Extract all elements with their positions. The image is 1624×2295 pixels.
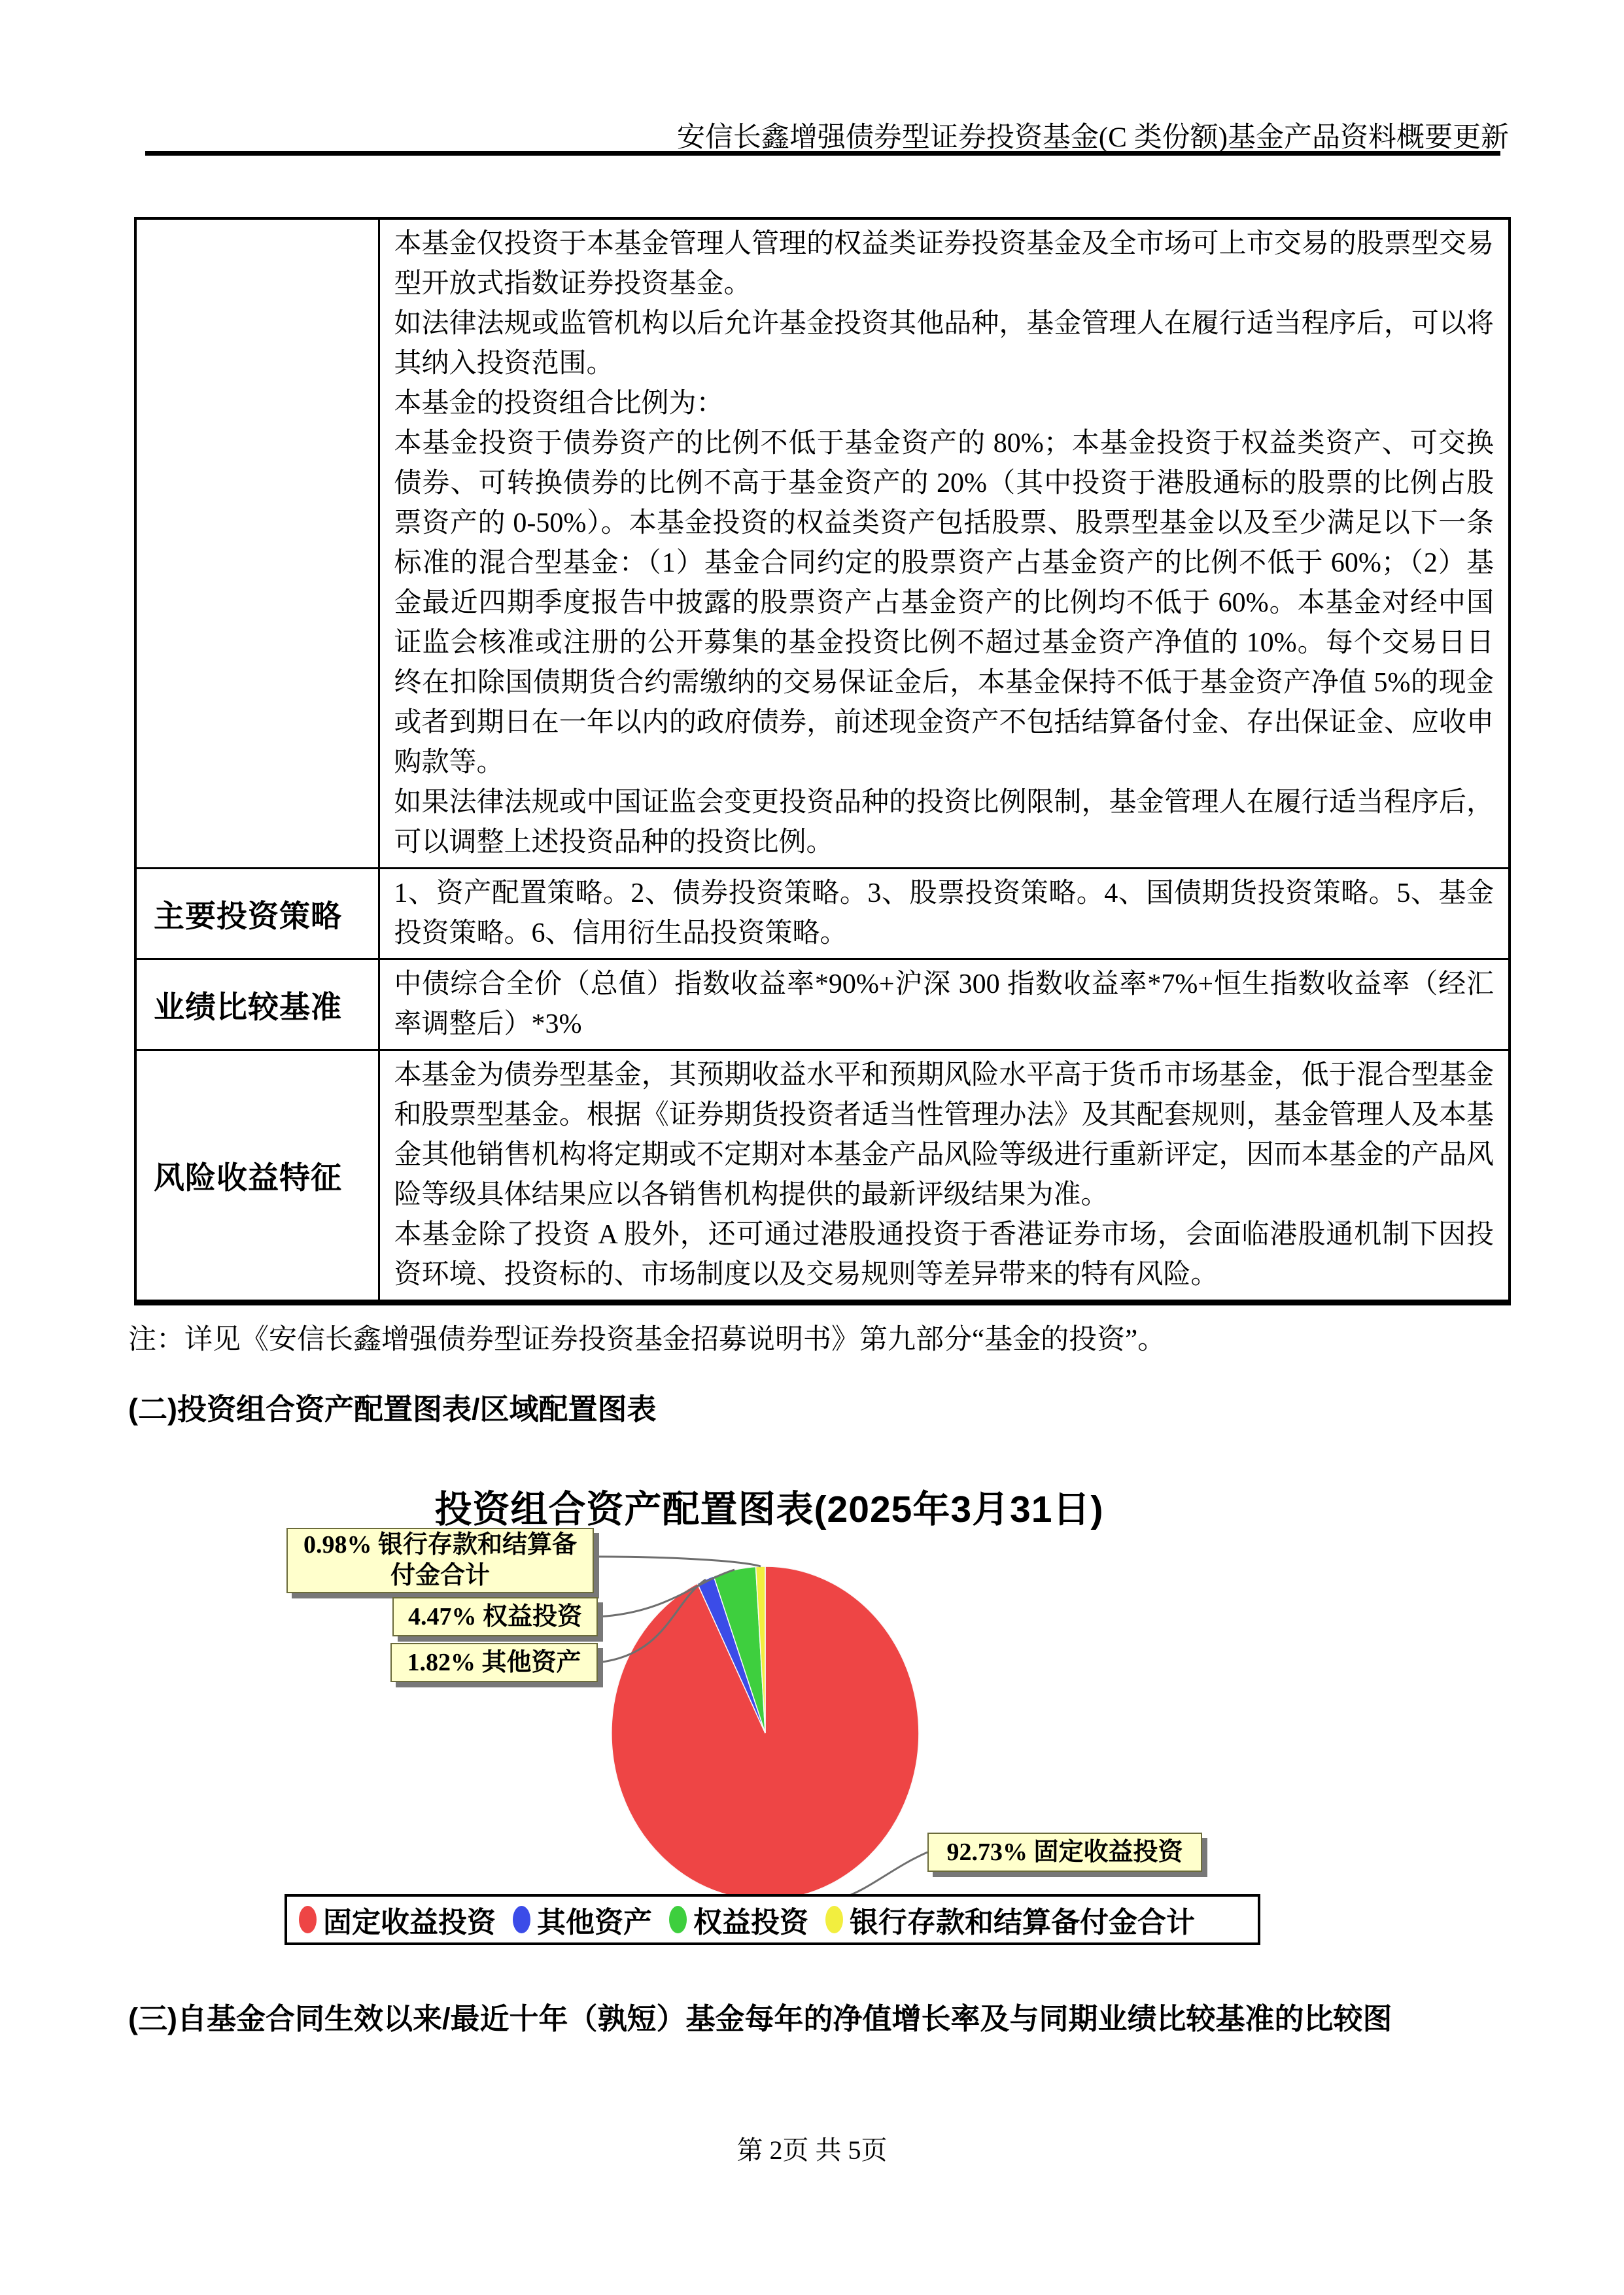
callout-leader-line-0 xyxy=(594,1557,761,1566)
paragraph: 如法律法规或监管机构以后允许基金投资其他品种，基金管理人在履行适当程序后，可以将… xyxy=(394,304,1494,384)
paragraph: 1、资产配置策略。2、债券投资策略。3、股票投资策略。4、国债期货投资策略。5、… xyxy=(394,874,1494,954)
page-number: 第 2页 共 5页 xyxy=(0,2130,1624,2167)
page-header-title: 安信长鑫增强债券型证券投资基金(C 类份额)基金产品资料概要更新 xyxy=(677,115,1509,155)
section-title-2: (二)投资组合资产配置图表/区域配置图表 xyxy=(128,1385,1580,1428)
chart-legend: 固定收益投资其他资产权益投资银行存款和结算备付金合计 xyxy=(285,1894,1260,1945)
table-row-benchmark: 业绩比较基准 中债综合全价（总值）指数收益率*90%+沪深 300 指数收益率*… xyxy=(135,959,1510,1050)
legend-item-1: 其他资产 xyxy=(513,1899,652,1941)
section-title-3: (三)自基金合同生效以来/最近十年（孰短）基金每年的净值增长率及与同期业绩比较基… xyxy=(128,1995,1580,2037)
table-footnote: 注：详见《安信长鑫增强债券型证券投资基金招募说明书》第九部分“基金的投资”。 xyxy=(128,1317,1534,1357)
paragraph: 如果法律法规或中国证监会变更投资品种的投资比例限制，基金管理人在履行适当程序后，… xyxy=(394,783,1494,863)
legend-item-2: 权益投资 xyxy=(669,1899,808,1941)
paragraph: 本基金为债券型基金，其预期收益水平和预期风险水平高于货币市场基金，低于混合型基金… xyxy=(394,1056,1494,1215)
paragraph: 中债综合全价（总值）指数收益率*90%+沪深 300 指数收益率*7%+恒生指数… xyxy=(394,965,1494,1044)
legend-label: 权益投资 xyxy=(693,1899,808,1941)
row-label-cell: 业绩比较基准 xyxy=(135,959,379,1050)
callout-other-assets: 1.82% 其他资产 xyxy=(390,1643,598,1682)
fund-info-table: 本基金仅投资于本基金管理人管理的权益类证券投资基金及全市场可上市交易的股票型交易… xyxy=(134,217,1511,1305)
paragraph: 本基金除了投资 A 股外，还可通过港股通投资于香港证券市场，会面临港股通机制下因… xyxy=(394,1215,1494,1295)
row-label-cell: 主要投资策略 xyxy=(135,869,379,959)
row-label-cell: 风险收益特征 xyxy=(135,1050,379,1303)
row-content-cell: 中债综合全价（总值）指数收益率*90%+沪深 300 指数收益率*7%+恒生指数… xyxy=(379,959,1510,1050)
asset-allocation-chart: 投资组合资产配置图表(2025年3月31日) 0.98% 银行存款和结算备付金合… xyxy=(262,1458,1445,1988)
legend-item-3: 银行存款和结算备付金合计 xyxy=(825,1899,1195,1941)
legend-label: 银行存款和结算备付金合计 xyxy=(850,1899,1195,1941)
legend-marker-icon xyxy=(825,1906,843,1933)
callout-fixed-income: 92.73% 固定收益投资 xyxy=(927,1833,1202,1872)
row-content-cell: 本基金为债券型基金，其预期收益水平和预期风险水平高于货币市场基金，低于混合型基金… xyxy=(379,1050,1510,1303)
paragraph: 本基金投资于债券资产的比例不低于基金资产的 80%；本基金投资于权益类资产、可交… xyxy=(394,424,1494,783)
row-content-cell: 本基金仅投资于本基金管理人管理的权益类证券投资基金及全市场可上市交易的股票型交易… xyxy=(379,218,1510,869)
row-content-cell: 1、资产配置策略。2、债券投资策略。3、股票投资策略。4、国债期货投资策略。5、… xyxy=(379,869,1510,959)
document-page: 安信长鑫增强债券型证券投资基金(C 类份额)基金产品资料概要更新 本基金仅投资于… xyxy=(0,0,1624,2295)
table-row-risk-return: 风险收益特征 本基金为债券型基金，其预期收益水平和预期风险水平高于货币市场基金，… xyxy=(135,1050,1510,1303)
table-row-investment-scope: 本基金仅投资于本基金管理人管理的权益类证券投资基金及全市场可上市交易的股票型交易… xyxy=(135,218,1510,869)
header-divider-rule xyxy=(145,151,1500,156)
legend-marker-icon xyxy=(299,1906,317,1933)
legend-marker-icon xyxy=(669,1906,687,1933)
paragraph: 本基金的投资组合比例为： xyxy=(394,384,1494,424)
legend-item-0: 固定收益投资 xyxy=(299,1899,496,1941)
row-label-cell xyxy=(135,218,379,869)
legend-label: 固定收益投资 xyxy=(323,1899,496,1941)
table-row-main-strategy: 主要投资策略 1、资产配置策略。2、债券投资策略。3、股票投资策略。4、国债期货… xyxy=(135,869,1510,959)
callout-equity-investment: 4.47% 权益投资 xyxy=(392,1597,598,1636)
paragraph: 本基金仅投资于本基金管理人管理的权益类证券投资基金及全市场可上市交易的股票型交易… xyxy=(394,224,1494,304)
legend-label: 其他资产 xyxy=(537,1899,652,1941)
callout-bank-deposits: 0.98% 银行存款和结算备付金合计 xyxy=(286,1528,594,1593)
legend-marker-icon xyxy=(513,1906,530,1933)
